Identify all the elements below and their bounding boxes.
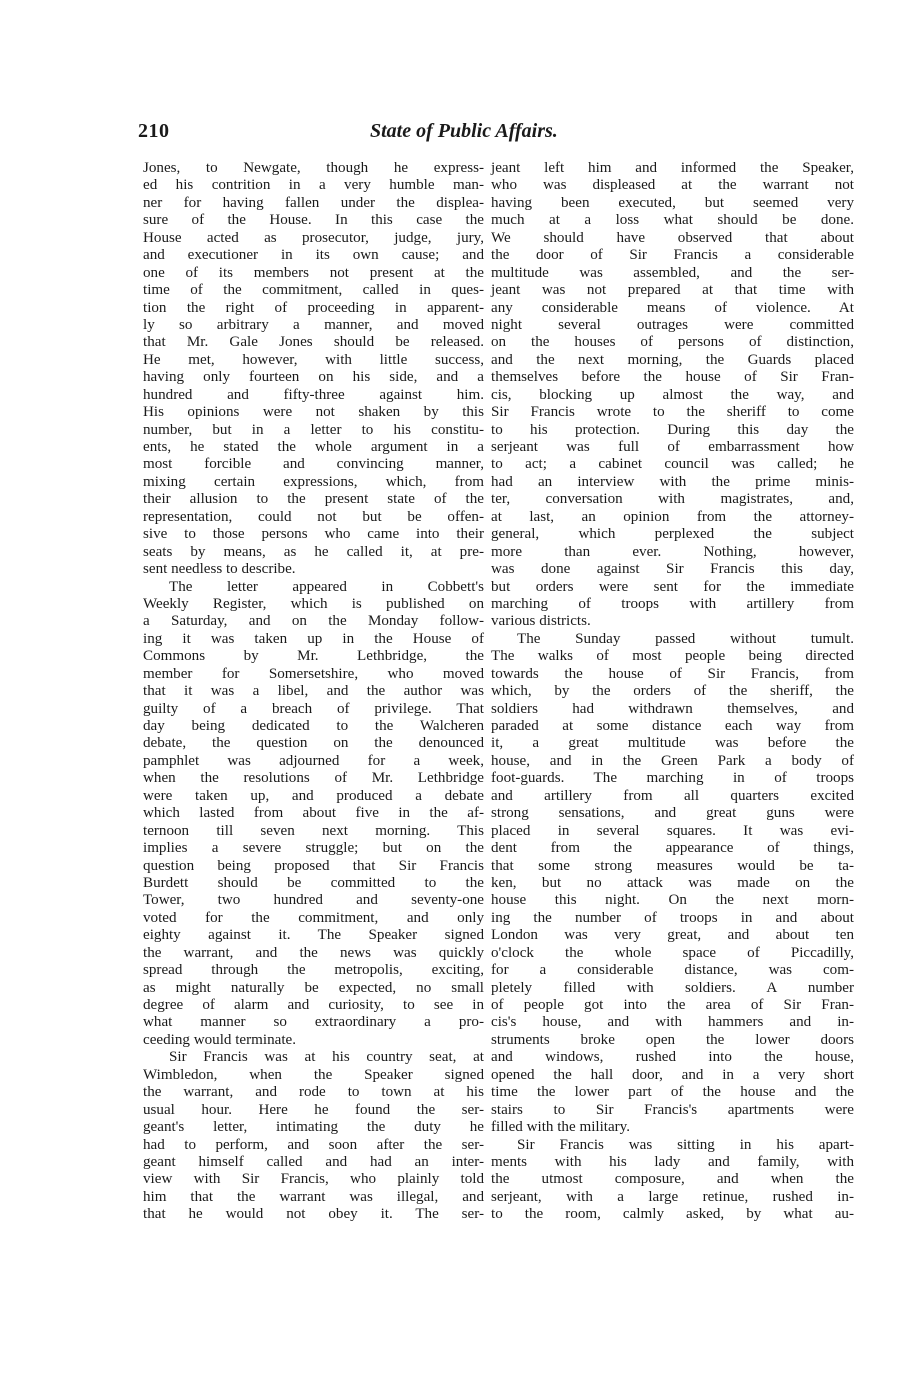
text-line: of people got into the area of Sir Fran- [491, 997, 854, 1014]
text-line: house this night. On the next morn- [491, 892, 854, 909]
text-line: cis's house, and with hammers and in- [491, 1014, 854, 1031]
text-line: placed in several squares. It was evi- [491, 823, 854, 840]
text-line: ternoon till seven next morning. This [143, 823, 484, 840]
text-line: night several outrages were committed [491, 317, 854, 334]
text-line: that Mr. Gale Jones should be released. [143, 334, 484, 351]
text-line: The Sunday passed without tumult. [491, 631, 854, 648]
text-line: pletely filled with soldiers. A number [491, 980, 854, 997]
text-line: who was displeased at the warrant not [491, 177, 854, 194]
text-line: stairs to Sir Francis's apartments were [491, 1102, 854, 1119]
text-line: guilty of a breach of privilege. That [143, 701, 484, 718]
text-line: the warrant, and rode to town at his [143, 1084, 484, 1101]
text-line: House acted as prosecutor, judge, jury, [143, 230, 484, 247]
text-line: ly so arbitrary a manner, and moved [143, 317, 484, 334]
text-line: were taken up, and produced a debate [143, 788, 484, 805]
text-line: geant himself called and had an inter- [143, 1154, 484, 1171]
text-line: implies a severe struggle; but on the [143, 840, 484, 857]
text-line: sent needless to describe. [143, 561, 484, 578]
document-page: 210 State of Public Affairs. Jones, to N… [0, 0, 921, 1386]
text-line: hundred and fifty-three against him. [143, 387, 484, 404]
text-line: London was very great, and about ten [491, 927, 854, 944]
text-line: their allusion to the present state of t… [143, 491, 484, 508]
text-line: representation, could not but be offen- [143, 509, 484, 526]
text-line: jeant left him and informed the Speaker, [491, 160, 854, 177]
text-line: a Saturday, and on the Monday follow- [143, 613, 484, 630]
text-line: Commons by Mr. Lethbridge, the [143, 648, 484, 665]
text-line: one of its members not present at the [143, 265, 484, 282]
text-line: We should have observed that about [491, 230, 854, 247]
text-line: tion the right of proceeding in apparent… [143, 300, 484, 317]
text-line: Sir Francis was at his country seat, at [143, 1049, 484, 1066]
text-line: debate, the question on the denounced [143, 735, 484, 752]
text-line: had an interview with the prime minis- [491, 474, 854, 491]
text-line: eighty against it. The Speaker signed [143, 927, 484, 944]
text-line: was done against Sir Francis this day, [491, 561, 854, 578]
text-line: seats by means, as he called it, at pre- [143, 544, 484, 561]
text-line: various districts. [491, 613, 854, 630]
text-line: multitude was assembled, and the ser- [491, 265, 854, 282]
text-line: voted for the commitment, and only [143, 910, 484, 927]
text-line: for a considerable distance, was com- [491, 962, 854, 979]
text-line: that it was a libel, and the author was [143, 683, 484, 700]
text-line: view with Sir Francis, who plainly told [143, 1171, 484, 1188]
text-line: The letter appeared in Cobbett's [143, 579, 484, 596]
text-line: spread through the metropolis, exciting, [143, 962, 484, 979]
text-line: ments with his lady and family, with [491, 1154, 854, 1171]
text-line: Burdett should be committed to the [143, 875, 484, 892]
text-line: marching of troops with artillery from [491, 596, 854, 613]
text-line: to his protection. During this day the [491, 422, 854, 439]
text-line: ter, conversation with magistrates, and, [491, 491, 854, 508]
text-line: much at a loss what should be done. [491, 212, 854, 229]
text-line: general, which perplexed the subject [491, 526, 854, 543]
text-line: him that the warrant was illegal, and [143, 1189, 484, 1206]
text-line: Wimbledon, when the Speaker signed [143, 1067, 484, 1084]
text-line: He met, however, with little success, [143, 352, 484, 369]
text-line: but orders were sent for the immediate [491, 579, 854, 596]
text-line: sive to those persons who came into thei… [143, 526, 484, 543]
text-line: day being dedicated to the Walcheren [143, 718, 484, 735]
text-line: time of the commitment, called in ques- [143, 282, 484, 299]
text-line: having been executed, but seemed very [491, 195, 854, 212]
text-line: that he would not obey it. The ser- [143, 1206, 484, 1223]
text-line: Jones, to Newgate, though he express- [143, 160, 484, 177]
text-line: mixing certain expressions, which, from [143, 474, 484, 491]
text-line: to act; a cabinet council was called; he [491, 456, 854, 473]
text-line: and executioner in its own cause; and [143, 247, 484, 264]
text-line: Tower, two hundred and seventy-one [143, 892, 484, 909]
text-line: at last, an opinion from the attorney- [491, 509, 854, 526]
text-line: as might naturally be expected, no small [143, 980, 484, 997]
text-line: question being proposed that Sir Francis [143, 858, 484, 875]
text-line: ing it was taken up in the House of [143, 631, 484, 648]
text-line: serjeant was full of embarrassment how [491, 439, 854, 456]
text-line: degree of alarm and curiosity, to see in [143, 997, 484, 1014]
text-line: usual hour. Here he found the ser- [143, 1102, 484, 1119]
text-line: that some strong measures would be ta- [491, 858, 854, 875]
page-header: 210 State of Public Affairs. [138, 120, 858, 150]
page-number: 210 [138, 120, 170, 143]
text-line: struments broke open the lower doors [491, 1032, 854, 1049]
text-line: Sir Francis was sitting in his apart- [491, 1137, 854, 1154]
text-line: member for Somersetshire, who moved [143, 666, 484, 683]
text-line: any considerable means of violence. At [491, 300, 854, 317]
text-line: had to perform, and soon after the ser- [143, 1137, 484, 1154]
text-column-right: jeant left him and informed the Speaker,… [491, 160, 854, 1224]
text-line: ing the number of troops in and about [491, 910, 854, 927]
text-line: o'clock the whole space of Piccadilly, [491, 945, 854, 962]
text-line: what manner so extraordinary a pro- [143, 1014, 484, 1031]
text-line: opened the hall door, and in a very shor… [491, 1067, 854, 1084]
text-line: towards the house of Sir Francis, from [491, 666, 854, 683]
text-line: the door of Sir Francis a considerable [491, 247, 854, 264]
text-line: jeant was not prepared at that time with [491, 282, 854, 299]
text-line: number, but in a letter to his constitu- [143, 422, 484, 439]
text-line: Weekly Register, which is published on [143, 596, 484, 613]
text-line: serjeant, with a large retinue, rushed i… [491, 1189, 854, 1206]
text-line: paraded at some distance each way from [491, 718, 854, 735]
text-line: filled with the military. [491, 1119, 854, 1136]
text-line: on the houses of persons of distinction, [491, 334, 854, 351]
text-line: house, and in the Green Park a body of [491, 753, 854, 770]
text-line: the warrant, and the news was quickly [143, 945, 484, 962]
text-line: geant's letter, intimating the duty he [143, 1119, 484, 1136]
text-line: ken, but no attack was made on the [491, 875, 854, 892]
text-line: more than ever. Nothing, however, [491, 544, 854, 561]
text-line: time the lower part of the house and the [491, 1084, 854, 1101]
text-line: and artillery from all quarters excited [491, 788, 854, 805]
text-line: having only fourteen on his side, and a [143, 369, 484, 386]
text-line: sure of the House. In this case the [143, 212, 484, 229]
text-line: His opinions were not shaken by this [143, 404, 484, 421]
text-line: when the resolutions of Mr. Lethbridge [143, 770, 484, 787]
text-line: foot-guards. The marching in of troops [491, 770, 854, 787]
text-line: and the next morning, the Guards placed [491, 352, 854, 369]
text-line: Sir Francis wrote to the sheriff to come [491, 404, 854, 421]
text-line: themselves before the house of Sir Fran- [491, 369, 854, 386]
text-line: it, a great multitude was before the [491, 735, 854, 752]
text-column-left: Jones, to Newgate, though he express-ed … [143, 160, 484, 1224]
text-line: ner for having fallen under the displea- [143, 195, 484, 212]
text-line: which, by the orders of the sheriff, the [491, 683, 854, 700]
text-line: most forcible and convincing manner, [143, 456, 484, 473]
text-line: ents, he stated the whole argument in a [143, 439, 484, 456]
text-line: the utmost composure, and when the [491, 1171, 854, 1188]
text-line: pamphlet was adjourned for a week, [143, 753, 484, 770]
text-line: soldiers had withdrawn themselves, and [491, 701, 854, 718]
text-line: which lasted from about five in the af- [143, 805, 484, 822]
text-line: to the room, calmly asked, by what au- [491, 1206, 854, 1223]
text-line: ceeding would terminate. [143, 1032, 484, 1049]
text-line: ed his contrition in a very humble man- [143, 177, 484, 194]
text-line: The walks of most people being directed [491, 648, 854, 665]
running-title: State of Public Affairs. [370, 120, 558, 143]
text-line: strong sensations, and great guns were [491, 805, 854, 822]
text-line: and windows, rushed into the house, [491, 1049, 854, 1066]
text-line: dent from the appearance of things, [491, 840, 854, 857]
text-line: cis, blocking up almost the way, and [491, 387, 854, 404]
